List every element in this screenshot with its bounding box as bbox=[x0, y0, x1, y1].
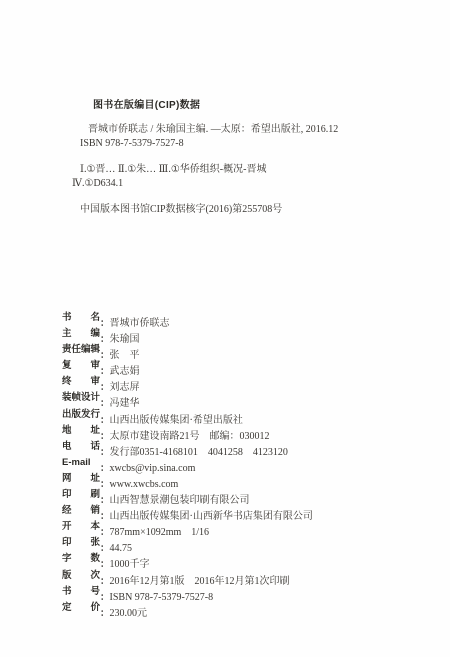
row-label: 书 号 bbox=[62, 584, 100, 600]
row-book-title: 书 名：晋城市侨联志 bbox=[62, 310, 422, 326]
row-label: 开 本 bbox=[62, 519, 100, 535]
row-label: 地 址 bbox=[62, 423, 100, 439]
row-word-count: 字 数：1000千字 bbox=[62, 551, 422, 567]
row-second-reviewer: 复 审：武志娟 bbox=[62, 358, 422, 374]
cip-line-classification-1: Ⅰ.①晋… Ⅱ.①朱… Ⅲ.①华侨组织-概况-晋城 bbox=[72, 163, 392, 177]
row-chief-editor: 主 编：朱瑜国 bbox=[62, 326, 422, 342]
colophon-section: 书 名：晋城市侨联志 主 编：朱瑜国 责任编辑：张 平 复 审：武志娟 终 审：… bbox=[62, 310, 422, 616]
row-printed-sheets: 印 张：44.75 bbox=[62, 535, 422, 551]
row-label: 装帧设计 bbox=[62, 390, 100, 406]
row-label: 经 销 bbox=[62, 503, 100, 519]
row-label: 出版发行 bbox=[62, 407, 100, 423]
row-price: 定 价：230.00元 bbox=[62, 600, 422, 616]
row-label: 主 编 bbox=[62, 326, 100, 342]
row-address: 地 址：太原市建设南路21号 邮编：030012 bbox=[62, 423, 422, 439]
row-label: 责任编辑 bbox=[62, 342, 100, 358]
row-label: E-mail bbox=[62, 455, 100, 471]
row-publisher: 出版发行：山西出版传媒集团·希望出版社 bbox=[62, 407, 422, 423]
row-label: 定 价 bbox=[62, 600, 100, 616]
cip-line-bibliography: 晋城市侨联志 / 朱瑜国主编. —太原：希望出版社, 2016.12 bbox=[72, 123, 392, 137]
row-value: 230.00元 bbox=[110, 608, 148, 619]
cip-line-record-number: 中国版本图书馆CIP数据核字(2016)第255708号 bbox=[72, 203, 392, 217]
cip-title: 图书在版编目(CIP)数据 bbox=[93, 96, 392, 111]
row-label: 电 话 bbox=[62, 439, 100, 455]
row-final-reviewer: 终 审：刘志屏 bbox=[62, 374, 422, 390]
copyright-page: 图书在版编目(CIP)数据 晋城市侨联志 / 朱瑜国主编. —太原：希望出版社,… bbox=[0, 0, 450, 657]
row-label: 版 次 bbox=[62, 568, 100, 584]
row-label: 印 张 bbox=[62, 535, 100, 551]
row-phone: 电 话：发行部0351-4168101 4041258 4123120 bbox=[62, 439, 422, 455]
cip-section: 图书在版编目(CIP)数据 晋城市侨联志 / 朱瑜国主编. —太原：希望出版社,… bbox=[72, 96, 392, 217]
row-label: 复 审 bbox=[62, 358, 100, 374]
row-distributor: 经 销：山西出版传媒集团·山西新华书店集团有限公司 bbox=[62, 503, 422, 519]
row-label: 字 数 bbox=[62, 551, 100, 567]
cip-line-isbn: ISBN 978-7-5379-7527-8 bbox=[72, 137, 392, 151]
row-designer: 装帧设计：冯建华 bbox=[62, 390, 422, 406]
row-edition: 版 次：2016年12月第1版 2016年12月第1次印刷 bbox=[62, 568, 422, 584]
row-responsible-editor: 责任编辑：张 平 bbox=[62, 342, 422, 358]
row-website: 网 址：www.xwcbs.com bbox=[62, 471, 422, 487]
row-label: 印 刷 bbox=[62, 487, 100, 503]
row-printer: 印 刷：山西智慧景潮包装印刷有限公司 bbox=[62, 487, 422, 503]
row-label: 网 址 bbox=[62, 471, 100, 487]
row-label: 书 名 bbox=[62, 310, 100, 326]
row-separator: ： bbox=[100, 608, 110, 619]
cip-line-classification-2: Ⅳ.①D634.1 bbox=[72, 177, 392, 191]
row-label: 终 审 bbox=[62, 374, 100, 390]
